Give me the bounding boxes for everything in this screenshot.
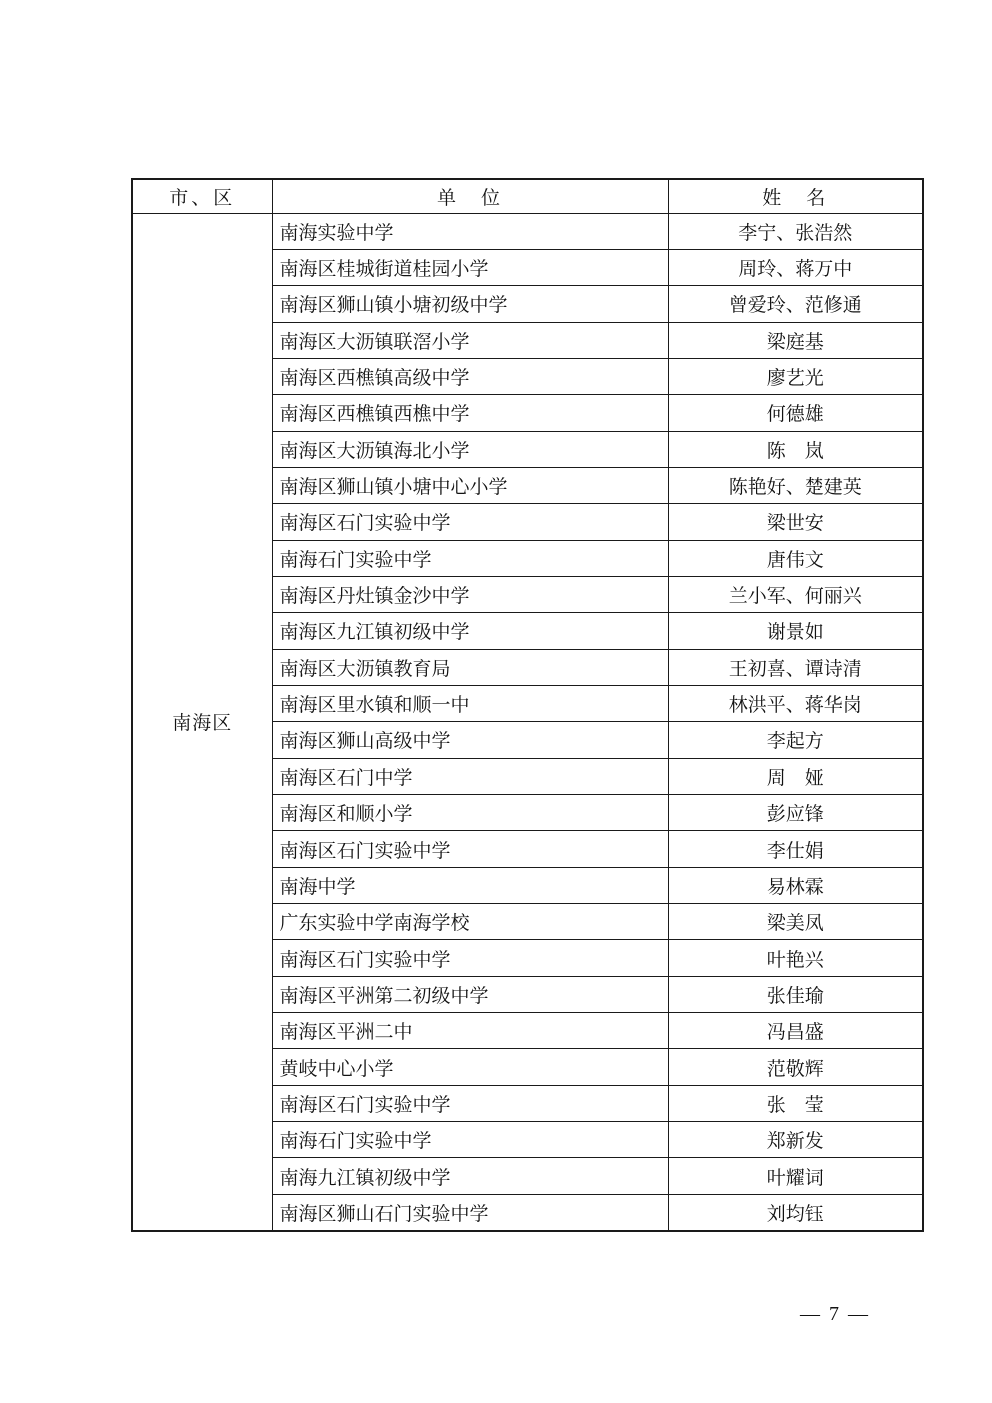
names-cell: 兰小军、何丽兴 <box>668 576 923 612</box>
names-cell: 谢景如 <box>668 613 923 649</box>
names-cell: 唐伟文 <box>668 540 923 576</box>
names-cell: 范敬辉 <box>668 1049 923 1085</box>
unit-cell: 南海中学 <box>272 867 668 903</box>
unit-cell: 南海石门实验中学 <box>272 540 668 576</box>
page-number: — 7 — <box>0 1303 870 1326</box>
table-row: 南海区 南海实验中学 李宁、张浩然 <box>132 213 923 249</box>
unit-cell: 南海区大沥镇教育局 <box>272 649 668 685</box>
unit-cell: 南海区西樵镇西樵中学 <box>272 395 668 431</box>
unit-cell: 南海区平洲第二初级中学 <box>272 976 668 1012</box>
unit-cell: 南海区西樵镇高级中学 <box>272 358 668 394</box>
region-cell: 南海区 <box>132 213 272 1231</box>
unit-cell: 南海九江镇初级中学 <box>272 1158 668 1194</box>
names-cell: 廖艺光 <box>668 358 923 394</box>
unit-cell: 南海区大沥镇海北小学 <box>272 431 668 467</box>
header-region: 市、区 <box>132 179 272 213</box>
unit-cell: 南海区狮山镇小塘初级中学 <box>272 286 668 322</box>
names-cell: 李仕娟 <box>668 831 923 867</box>
names-cell: 梁美凤 <box>668 904 923 940</box>
names-cell: 何德雄 <box>668 395 923 431</box>
names-cell: 刘均钰 <box>668 1194 923 1230</box>
names-cell: 冯昌盛 <box>668 1013 923 1049</box>
unit-cell: 南海石门实验中学 <box>272 1122 668 1158</box>
names-cell: 彭应锋 <box>668 795 923 831</box>
table-header: 市、区 单 位 姓 名 <box>132 179 923 213</box>
unit-cell: 南海区丹灶镇金沙中学 <box>272 576 668 612</box>
unit-cell: 南海实验中学 <box>272 213 668 249</box>
table-body: 南海区 南海实验中学 李宁、张浩然 南海区桂城街道桂园小学 周玲、蒋万中 南海区… <box>132 213 923 1231</box>
header-name: 姓 名 <box>668 179 923 213</box>
unit-cell: 南海区桂城街道桂园小学 <box>272 249 668 285</box>
names-cell: 周 娅 <box>668 758 923 794</box>
names-cell: 林洪平、蒋华岗 <box>668 685 923 721</box>
unit-cell: 黄岐中心小学 <box>272 1049 668 1085</box>
unit-cell: 南海区大沥镇联滘小学 <box>272 322 668 358</box>
unit-cell: 南海区狮山石门实验中学 <box>272 1194 668 1230</box>
unit-cell: 南海区和顺小学 <box>272 795 668 831</box>
unit-cell: 南海区石门实验中学 <box>272 504 668 540</box>
names-cell: 曾爱玲、范修通 <box>668 286 923 322</box>
names-cell: 易林霖 <box>668 867 923 903</box>
names-cell: 张佳瑜 <box>668 976 923 1012</box>
names-cell: 郑新发 <box>668 1122 923 1158</box>
unit-cell: 南海区平洲二中 <box>272 1013 668 1049</box>
unit-cell: 广东实验中学南海学校 <box>272 904 668 940</box>
names-cell: 李起方 <box>668 722 923 758</box>
names-cell: 梁世安 <box>668 504 923 540</box>
names-cell: 梁庭基 <box>668 322 923 358</box>
names-cell: 周玲、蒋万中 <box>668 249 923 285</box>
names-cell: 王初喜、谭诗清 <box>668 649 923 685</box>
names-cell: 叶耀词 <box>668 1158 923 1194</box>
unit-cell: 南海区石门实验中学 <box>272 940 668 976</box>
awardees-table: 市、区 单 位 姓 名 南海区 南海实验中学 李宁、张浩然 南海区桂城街道桂园小… <box>131 178 924 1232</box>
names-cell: 李宁、张浩然 <box>668 213 923 249</box>
unit-cell: 南海区石门实验中学 <box>272 831 668 867</box>
unit-cell: 南海区石门实验中学 <box>272 1085 668 1121</box>
unit-cell: 南海区狮山高级中学 <box>272 722 668 758</box>
unit-cell: 南海区里水镇和顺一中 <box>272 685 668 721</box>
header-row: 市、区 单 位 姓 名 <box>132 179 923 213</box>
unit-cell: 南海区狮山镇小塘中心小学 <box>272 467 668 503</box>
names-cell: 叶艳兴 <box>668 940 923 976</box>
names-cell: 陈艳好、楚建英 <box>668 467 923 503</box>
names-cell: 张 莹 <box>668 1085 923 1121</box>
unit-cell: 南海区九江镇初级中学 <box>272 613 668 649</box>
header-unit: 单 位 <box>272 179 668 213</box>
unit-cell: 南海区石门中学 <box>272 758 668 794</box>
document-page: 市、区 单 位 姓 名 南海区 南海实验中学 李宁、张浩然 南海区桂城街道桂园小… <box>0 0 992 1403</box>
names-cell: 陈 岚 <box>668 431 923 467</box>
